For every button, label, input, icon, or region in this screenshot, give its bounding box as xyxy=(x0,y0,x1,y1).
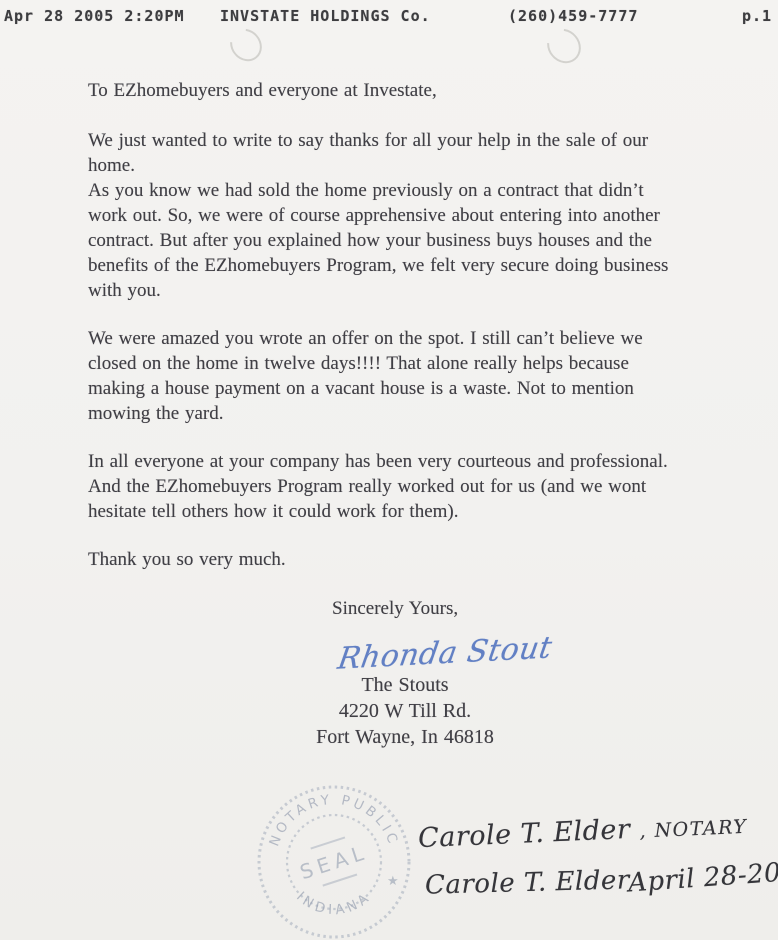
notary-seal-stamp: NOTARY PUBLIC INDIANA SEAL ★ xyxy=(254,782,414,940)
signer-name-address: The Stouts 4220 W Till Rd. Fort Wayne, I… xyxy=(270,672,540,750)
svg-text:INDIANA: INDIANA xyxy=(293,889,375,919)
letter-paragraph-2: We were amazed you wrote an offer on the… xyxy=(88,326,738,426)
notary-printed-name: Carole T. Elder xyxy=(425,865,630,900)
notary-signature-name: Carole T. Elder xyxy=(417,814,630,854)
letter-paragraph-3: In all everyone at your company has been… xyxy=(88,449,738,524)
stamp-star-icon: ★ xyxy=(387,873,399,888)
notary-signature-line: Carole T. Elder , NOTARY xyxy=(417,809,747,854)
notary-title-label: , NOTARY xyxy=(639,816,748,843)
fax-phone-number: (260)459-7777 xyxy=(508,7,638,25)
letter-salutation: To EZhomebuyers and everyone at Investat… xyxy=(88,78,738,103)
handwritten-signature: Rhonda Stout xyxy=(335,630,554,677)
letter-paragraph-1: We just wanted to write to say thanks fo… xyxy=(88,128,738,303)
fax-sender-name: INVSTATE HOLDINGS Co. xyxy=(220,7,431,25)
stamp-center-text: SEAL xyxy=(297,840,371,885)
notary-date: April 28-2005 xyxy=(627,856,778,899)
scanned-fax-letter: Apr 28 2005 2:20PM INVSTATE HOLDINGS Co.… xyxy=(0,0,778,940)
fax-page-number: p.1 xyxy=(742,7,772,25)
letter-closing: Sincerely Yours, xyxy=(332,596,592,621)
letter-thanks-line: Thank you so very much. xyxy=(88,547,488,572)
fax-datetime: Apr 28 2005 2:20PM xyxy=(4,7,185,25)
stamp-bottom-arc-text: INDIANA xyxy=(293,889,375,919)
fax-header: Apr 28 2005 2:20PM INVSTATE HOLDINGS Co.… xyxy=(0,0,778,30)
